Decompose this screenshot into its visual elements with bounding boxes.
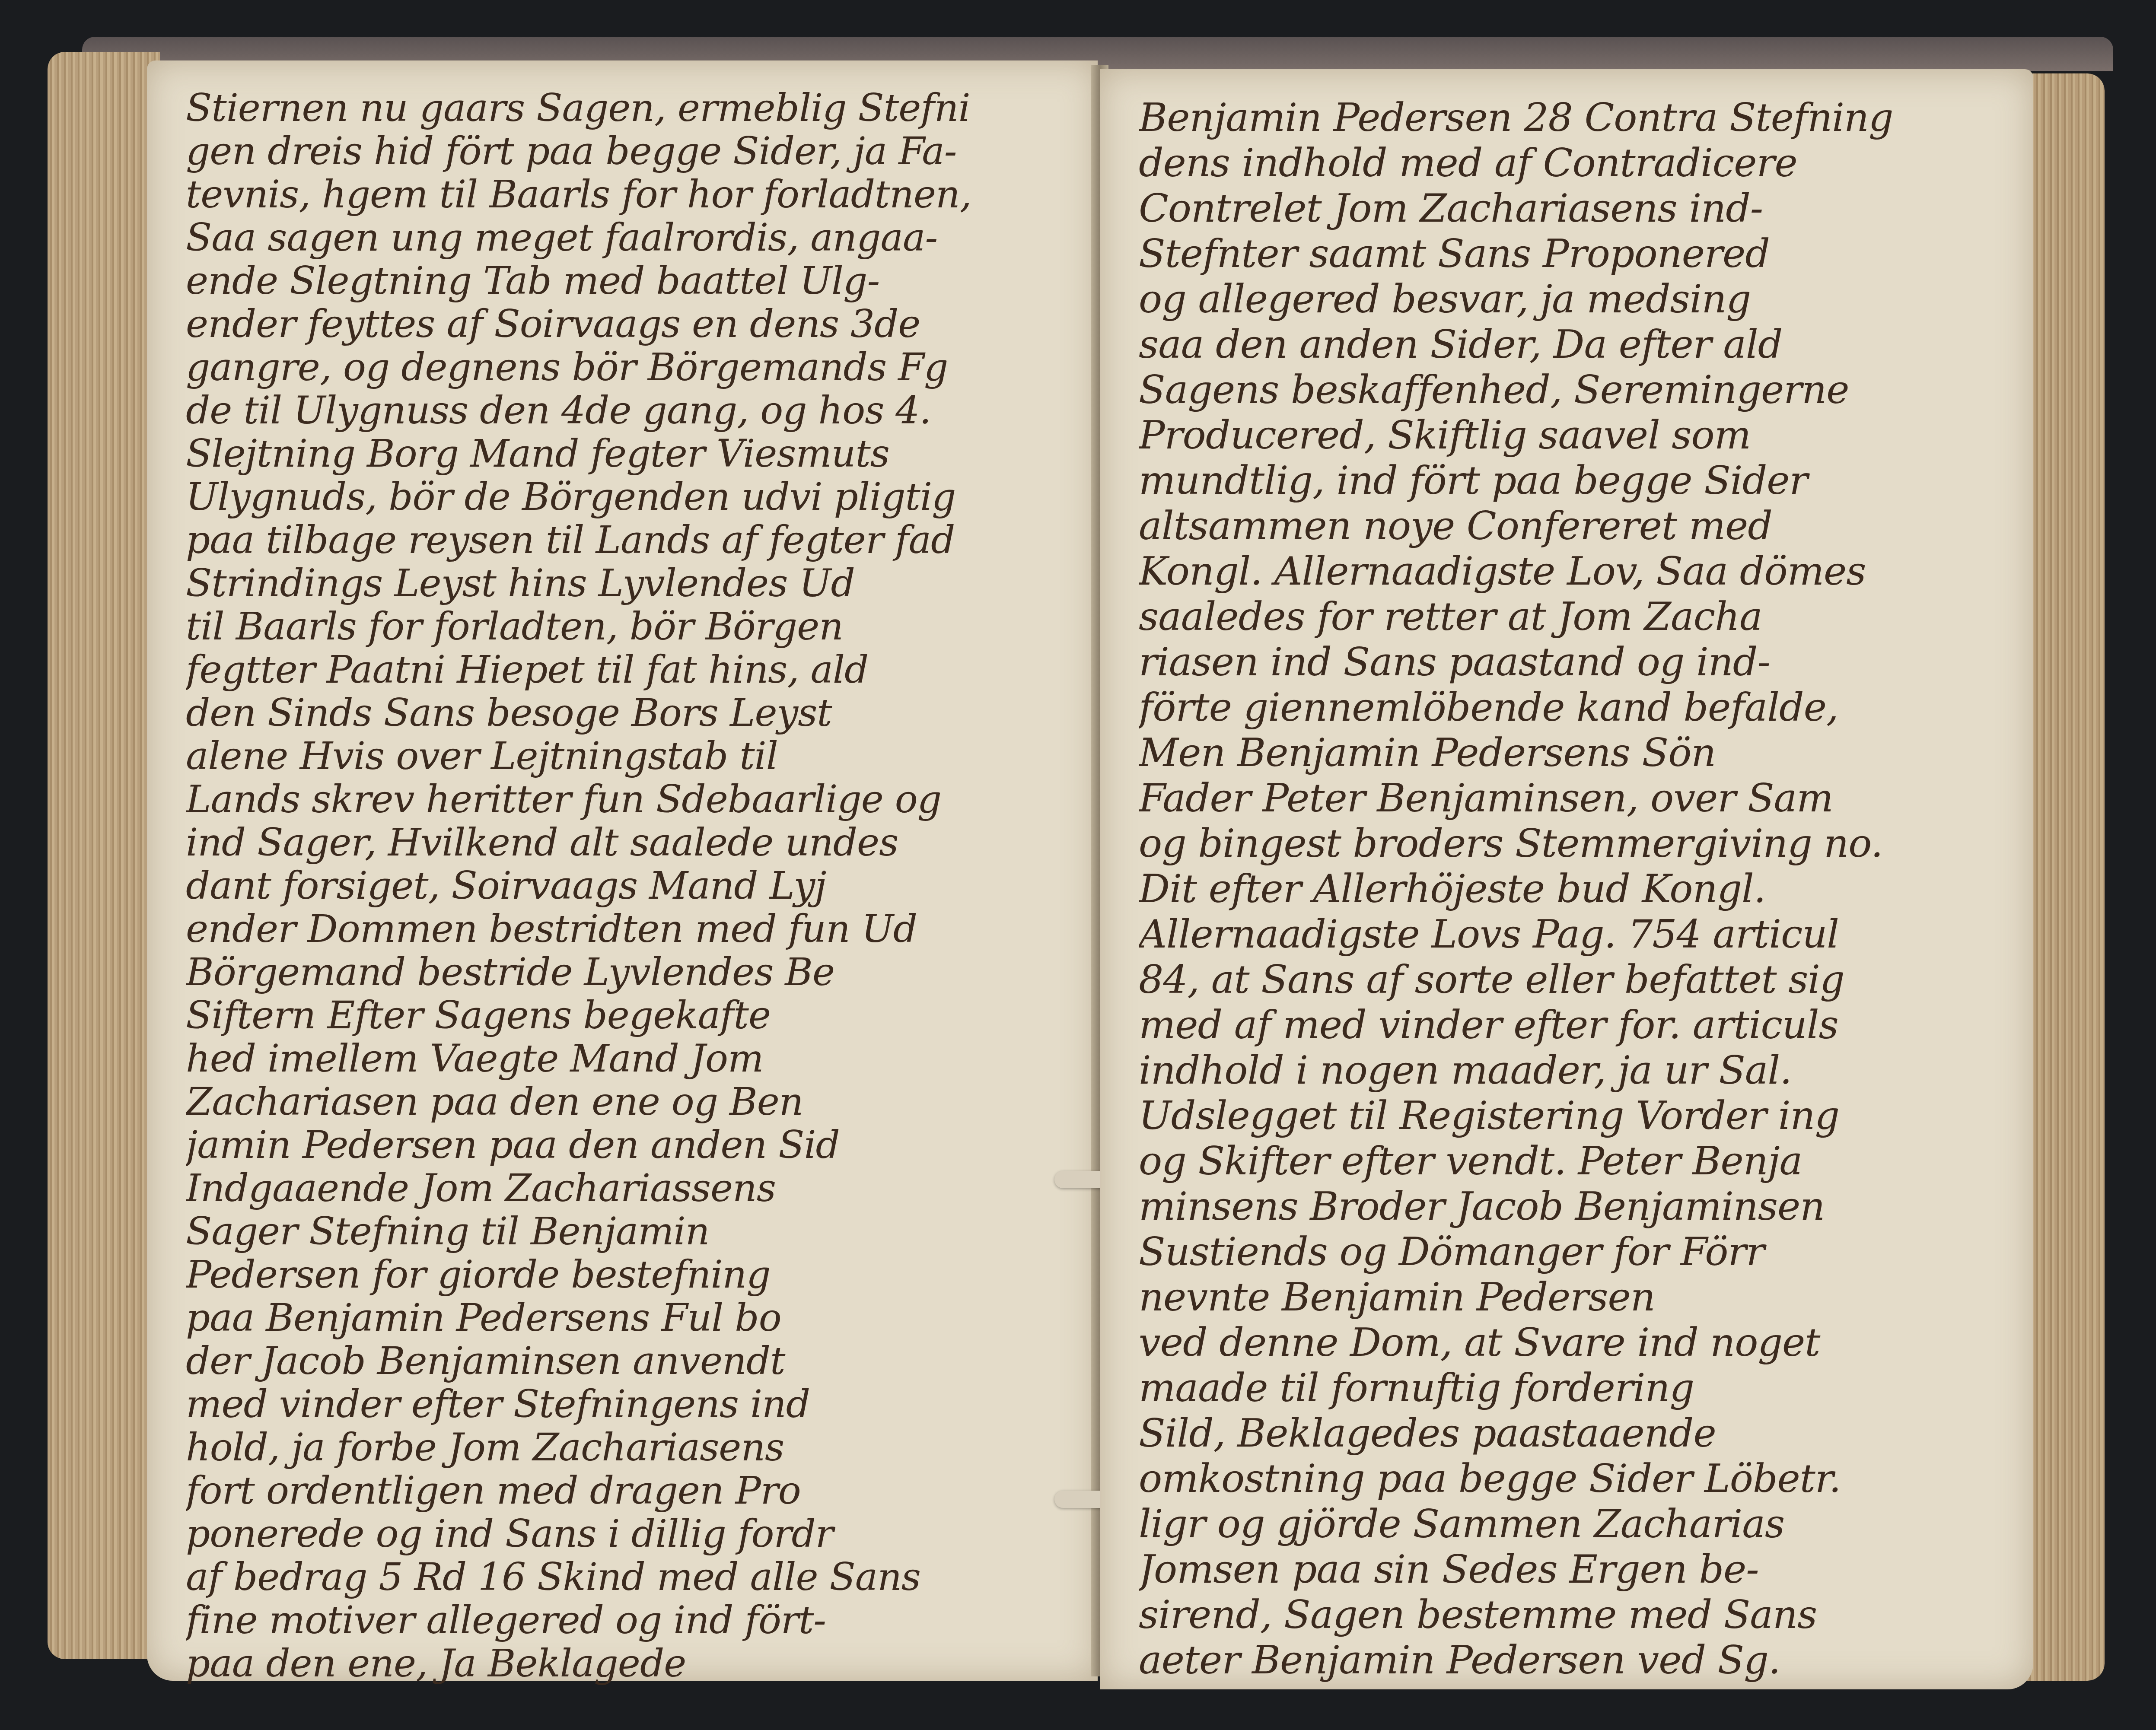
handwritten-line: altsammen noye Confereret med <box>1139 503 1999 549</box>
handwritten-line: Ulygnuds, bör de Börgenden udvi pligtig <box>186 475 1063 518</box>
handwritten-line: ende Slegtning Tab med baattel Ulg- <box>186 259 1063 302</box>
handwritten-line: og allegered besvar, ja medsing <box>1139 277 1999 322</box>
handwritten-line: Sustiends og Dömanger for Förr <box>1139 1229 1999 1275</box>
handwritten-line: maade til fornuftig fordering <box>1139 1365 1999 1411</box>
handwritten-line: ender Dommen bestridten med fun Ud <box>186 907 1063 951</box>
handwritten-line: gangre, og degnens bör Börgemands Fg <box>186 346 1063 389</box>
handwritten-line: Strindings Leyst hins Lyvlendes Ud <box>186 562 1063 605</box>
handwritten-line: förte giennemlöbende kand befalde, <box>1139 685 1999 730</box>
handwritten-line: Benjamin Pedersen 28 Contra Stefning <box>1139 95 1999 140</box>
handwritten-line: Producered, Skiftlig saavel som <box>1139 413 1999 458</box>
handwritten-line: tevnis, hgem til Baarls for hor forladtn… <box>186 173 1063 216</box>
handwritten-line: Stiernen nu gaars Sagen, ermeblig Stefni <box>186 86 1063 130</box>
handwritten-line: ved denne Dom, at Svare ind noget <box>1139 1320 1999 1365</box>
handwritten-line: 84, at Sans af sorte eller befattet sig <box>1139 957 1999 1002</box>
handwritten-line: og bingest broders Stemmergiving no. <box>1139 821 1999 866</box>
handwritten-line: med vinder efter Stefningens ind <box>186 1383 1063 1426</box>
handwritten-line: Indgaaende Jom Zachariassens <box>186 1167 1063 1210</box>
handwritten-line: riasen ind Sans paastand og ind- <box>1139 639 1999 685</box>
handwritten-line: ender feyttes af Soirvaags en dens 3de <box>186 302 1063 346</box>
handwritten-line: Slejtning Borg Mand fegter Viesmuts <box>186 432 1063 475</box>
handwritten-line: minsens Broder Jacob Benjaminsen <box>1139 1184 1999 1229</box>
handwritten-line: Fader Peter Benjaminsen, over Sam <box>1139 776 1999 821</box>
handwritten-line: Dit efter Allerhöjeste bud Kongl. <box>1139 866 1999 912</box>
handwritten-line: aeter Benjamin Pedersen ved Sg. <box>1139 1638 1999 1683</box>
handwritten-line: Men Benjamin Pedersens Sön <box>1139 730 1999 776</box>
handwritten-line: Pedersen for giorde bestefning <box>186 1253 1063 1296</box>
handwritten-line: Udslegget til Registering Vorder ing <box>1139 1093 1999 1138</box>
handwritten-line: mundtlig, ind fört paa begge Sider <box>1139 458 1999 503</box>
handwritten-line: ligr og gjörde Sammen Zacharias <box>1139 1501 1999 1547</box>
handwritten-line: dant forsiget, Soirvaags Mand Lyj <box>186 864 1063 907</box>
page-block-left-edge <box>48 52 160 1659</box>
handwritten-line: den Sinds Sans besoge Bors Leyst <box>186 691 1063 735</box>
handwritten-line: Contrelet Jom Zachariasens ind- <box>1139 186 1999 231</box>
left-page-text: Stiernen nu gaars Sagen, ermeblig Stefni… <box>186 86 1063 1685</box>
handwritten-line: fort ordentligen med dragen Pro <box>186 1469 1063 1512</box>
handwritten-line: gen dreis hid fört paa begge Sider, ja F… <box>186 130 1063 173</box>
handwritten-line: af bedrag 5 Rd 16 Skind med alle Sans <box>186 1555 1063 1599</box>
handwritten-line: Börgemand bestride Lyvlendes Be <box>186 951 1063 994</box>
handwritten-line: saa den anden Sider, Da efter ald <box>1139 322 1999 367</box>
handwritten-line: ponerede og ind Sans i dillig fordr <box>186 1512 1063 1555</box>
handwritten-line: Zachariasen paa den ene og Ben <box>186 1080 1063 1123</box>
handwritten-line: saaledes for retter at Jom Zacha <box>1139 594 1999 639</box>
handwritten-line: paa tilbage reysen til Lands af fegter f… <box>186 518 1063 562</box>
handwritten-line: Sild, Beklagedes paastaaende <box>1139 1411 1999 1456</box>
handwritten-line: Allernaadigste Lovs Pag. 754 articul <box>1139 912 1999 957</box>
handwritten-line: nevnte Benjamin Pedersen <box>1139 1275 1999 1320</box>
handwritten-line: fegtter Paatni Hiepet til fat hins, ald <box>186 648 1063 691</box>
handwritten-line: fine motiver allegered og ind fört- <box>186 1599 1063 1642</box>
handwritten-line: paa Benjamin Pedersens Ful bo <box>186 1296 1063 1339</box>
handwritten-line: Sagens beskaffenhed, Seremingerne <box>1139 367 1999 413</box>
page-block-right-edge <box>2027 73 2105 1681</box>
handwritten-line: og Skifter efter vendt. Peter Benja <box>1139 1138 1999 1184</box>
handwritten-line: alene Hvis over Lejtningstab til <box>186 735 1063 778</box>
handwritten-line: dens indhold med af Contradicere <box>1139 140 1999 186</box>
handwritten-line: Jomsen paa sin Sedes Ergen be- <box>1139 1547 1999 1592</box>
handwritten-line: hed imellem Vaegte Mand Jom <box>186 1037 1063 1080</box>
handwritten-line: med af med vinder efter for. articuls <box>1139 1002 1999 1048</box>
handwritten-line: Stefnter saamt Sans Proponered <box>1139 231 1999 277</box>
handwritten-line: Kongl. Allernaadigste Lov, Saa dömes <box>1139 549 1999 594</box>
handwritten-line: omkostning paa begge Sider Löbetr. <box>1139 1456 1999 1501</box>
handwritten-line: Saa sagen ung meget faalrordis, angaa- <box>186 216 1063 259</box>
handwritten-line: Siftern Efter Sagens begekafte <box>186 994 1063 1037</box>
handwritten-line: paa den ene, Ja Beklagede <box>186 1642 1063 1685</box>
right-page-text: Benjamin Pedersen 28 Contra Stefningdens… <box>1139 95 1999 1683</box>
left-page: Stiernen nu gaars Sagen, ermeblig Stefni… <box>147 60 1098 1681</box>
handwritten-line: hold, ja forbe Jom Zachariasens <box>186 1426 1063 1469</box>
handwritten-line: til Baarls for forladten, bör Börgen <box>186 605 1063 648</box>
handwritten-line: indhold i nogen maader, ja ur Sal. <box>1139 1048 1999 1093</box>
handwritten-line: sirend, Sagen bestemme med Sans <box>1139 1592 1999 1638</box>
handwritten-line: jamin Pedersen paa den anden Sid <box>186 1123 1063 1167</box>
handwritten-line: Sager Stefning til Benjamin <box>186 1210 1063 1253</box>
handwritten-line: ind Sager, Hvilkend alt saalede undes <box>186 821 1063 864</box>
right-page: Benjamin Pedersen 28 Contra Stefningdens… <box>1100 69 2033 1689</box>
handwritten-line: Lands skrev heritter fun Sdebaarlige og <box>186 778 1063 821</box>
handwritten-line: de til Ulygnuss den 4de gang, og hos 4. <box>186 389 1063 432</box>
handwritten-line: der Jacob Benjaminsen anvendt <box>186 1339 1063 1383</box>
